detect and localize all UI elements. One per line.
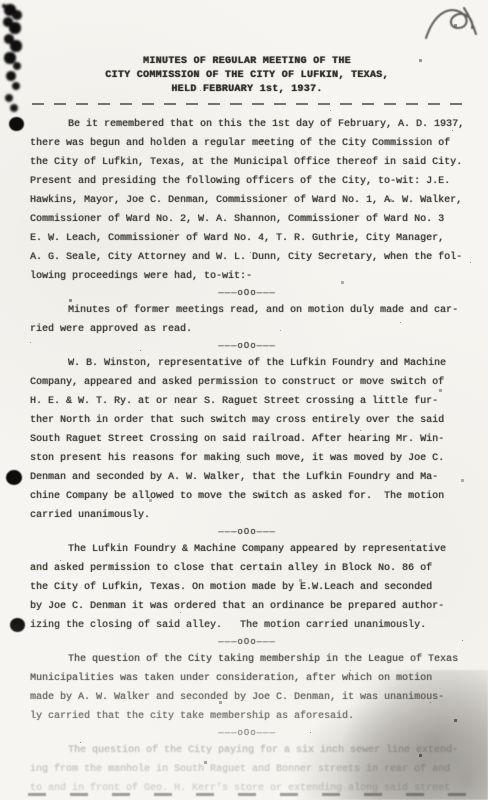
section-separator: ———oOo——— bbox=[30, 525, 464, 540]
text-line: W. B. Winston, representative of the Luf… bbox=[30, 354, 464, 373]
punch-hole-top bbox=[9, 117, 24, 131]
text-line: there was begun and holden a regular mee… bbox=[30, 134, 464, 153]
text-line: chine Company be allowed to move the swi… bbox=[30, 487, 464, 506]
paragraph: Be it remembered that on this the 1st da… bbox=[30, 115, 464, 286]
text-line: Denman and seconded by A. W. Walker, tha… bbox=[30, 468, 464, 487]
text-line: South Raguet Street Crossing on said rai… bbox=[30, 430, 464, 449]
text-line: lowing proceedings were had, to-wit:- bbox=[30, 267, 464, 286]
text-line: Minutes of former meetings read, and on … bbox=[30, 301, 464, 320]
text-line: ston present his reasons for making such… bbox=[30, 449, 464, 468]
text-line: the City of Lufkin, Texas. On motion mad… bbox=[30, 578, 464, 597]
title-line-1: MINUTES OF REGULAR MEETING OF THE bbox=[30, 55, 464, 69]
text-line: izing the closing of said alley. The mot… bbox=[30, 616, 464, 635]
section-separator: ———oOo——— bbox=[30, 339, 464, 354]
corner-ink-scribble bbox=[422, 4, 480, 48]
title-line-2: CITY COMMISSION OF THE CITY OF LUFKIN, T… bbox=[30, 69, 464, 83]
bottom-right-stain bbox=[278, 670, 488, 800]
text-line: Company, appeared and asked permission t… bbox=[30, 373, 464, 392]
section-separator: ———oOo——— bbox=[30, 635, 464, 650]
punch-hole-bottom bbox=[10, 618, 25, 632]
text-line: Hawkins, Mayor, Joe C. Denman, Commissio… bbox=[30, 191, 464, 210]
text-line: and asked permission to close that certa… bbox=[30, 559, 464, 578]
text-line: A. G. Seale, City Attorney and W. L. Dun… bbox=[30, 248, 464, 267]
text-line: ried were approved as read. bbox=[30, 320, 464, 339]
text-line: H. E. & W. T. Ry. at or near S. Raguet S… bbox=[30, 392, 464, 411]
text-line: E. W. Leach, Commissioner of Ward No. 4,… bbox=[30, 229, 464, 248]
section-separator: ———oOo——— bbox=[30, 286, 464, 301]
scan-noise-specks bbox=[0, 0, 1, 1]
paragraph: W. B. Winston, representative of the Luf… bbox=[30, 354, 464, 525]
scanned-minutes-page: MINUTES OF REGULAR MEETING OF THE CITY C… bbox=[0, 0, 488, 800]
dashed-rule bbox=[32, 103, 462, 105]
margin-ink-marks bbox=[2, 4, 6, 8]
text-line: The Lufkin Foundry & Machine Company app… bbox=[30, 540, 464, 559]
text-line: by Joe C. Denman it was ordered that an … bbox=[30, 597, 464, 616]
title-line-3: HELD FEBRUARY 1st, 1937. bbox=[30, 83, 464, 97]
text-line: Present and presiding the following offi… bbox=[30, 172, 464, 191]
paragraph: The Lufkin Foundry & Machine Company app… bbox=[30, 540, 464, 635]
cutoff-line-marks bbox=[28, 793, 470, 796]
text-line: the City of Lufkin, Texas, at the Munici… bbox=[30, 153, 464, 172]
text-line: Be it remembered that on this the 1st da… bbox=[30, 115, 464, 134]
text-line: carried unanimously. bbox=[30, 506, 464, 525]
punch-hole-middle bbox=[6, 470, 22, 485]
document-title: MINUTES OF REGULAR MEETING OF THE CITY C… bbox=[30, 55, 464, 97]
text-line: ther North in order that such switch may… bbox=[30, 411, 464, 430]
paragraph: Minutes of former meetings read, and on … bbox=[30, 301, 464, 339]
text-line: The question of the City taking membersh… bbox=[30, 650, 464, 669]
text-line: Commissioner of Ward No. 2, W. A. Shanno… bbox=[30, 210, 464, 229]
